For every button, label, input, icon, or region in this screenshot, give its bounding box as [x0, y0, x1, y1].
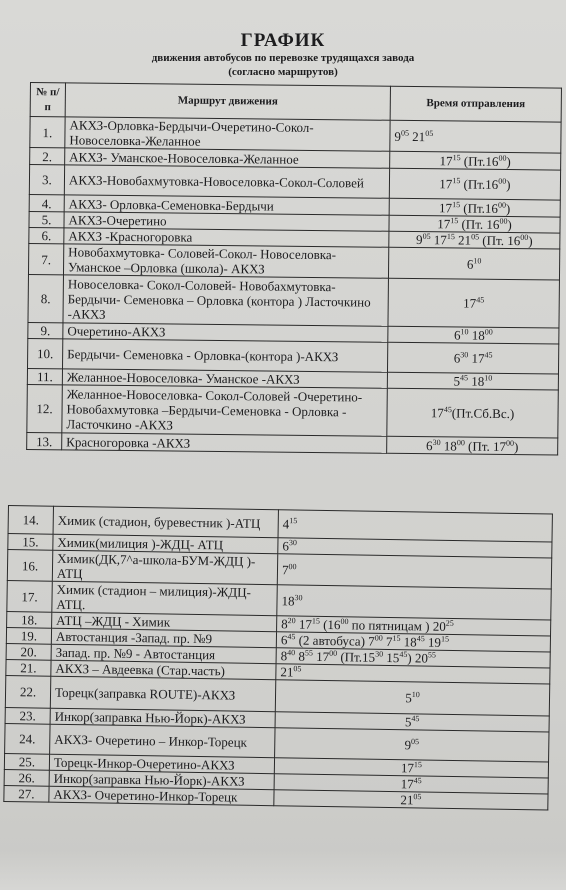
- route-cell: Химик (стадион – милиция)-ЖДЦ-АТЦ.: [52, 581, 277, 616]
- header-number: № п/п: [30, 83, 65, 117]
- table-row: 7.Новобахмутовка- Соловей-Сокол- Новосел…: [28, 243, 559, 280]
- row-number: 16.: [7, 550, 52, 582]
- schedule-table-lower: 14.Химик (стадион, буревестник )-АТЦ4151…: [3, 505, 553, 811]
- row-number: 21.: [6, 659, 51, 676]
- row-number: 8.: [28, 274, 64, 322]
- row-number: 20.: [6, 643, 51, 660]
- row-number: 24.: [5, 723, 50, 754]
- departure-time-cell: 1715 (Пт. 1600): [389, 215, 560, 233]
- schedule-table: № п/п Маршрут движения Время отправления…: [26, 82, 562, 456]
- route-cell: АКХЗ- Очеретино-Инкор-Торецк: [49, 786, 274, 806]
- paper-edge-shadow: [0, 850, 566, 890]
- departure-time-cell: 1715 (Пт.1600): [390, 151, 561, 170]
- route-cell: Торецк(заправка ROUTE)-АКХЗ: [50, 676, 275, 712]
- document-subtitle: движения автобусов по перевозке трудящах…: [0, 52, 566, 64]
- row-number: 12.: [27, 384, 63, 432]
- row-number: 19.: [6, 627, 51, 644]
- route-cell: АКХЗ-Орловка-Бердычи-Очеретино-Сокол-Нов…: [65, 117, 390, 151]
- table-row: 1.АКХЗ-Орловка-Бердычи-Очеретино-Сокол-Н…: [30, 117, 561, 154]
- row-number: 22.: [5, 675, 50, 708]
- departure-time-cell: 905 2105: [390, 120, 561, 153]
- row-number: 26.: [4, 769, 49, 786]
- row-number: 11.: [27, 368, 62, 384]
- row-number: 7.: [28, 243, 63, 274]
- departure-time-cell: 700: [277, 554, 551, 589]
- departure-time-cell: 905 1715 2105 (Пт. 1600): [389, 231, 560, 249]
- departure-time-cell: 1745(Пт.Сб.Вс.): [387, 388, 558, 438]
- row-number: 25.: [4, 753, 49, 770]
- departure-time-cell: 630 1800 (Пт. 1700): [387, 436, 558, 455]
- route-cell: Химик(ДК,7^a-школа-БУМ-ЖДЦ )-АТЦ: [52, 550, 277, 585]
- row-number: 4.: [29, 194, 64, 211]
- route-cell: Новобахмутовка- Соловей-Сокол- Новоселов…: [63, 244, 388, 278]
- row-number: 18.: [7, 611, 52, 628]
- departure-time-cell: 1830: [277, 585, 551, 620]
- row-number: 17.: [7, 580, 52, 612]
- row-number: 5.: [29, 211, 64, 227]
- route-cell: АКХЗ-Новобахмутовка-Новоселовка-Сокол-Со…: [64, 165, 389, 198]
- row-number: 27.: [4, 785, 49, 802]
- table-header-row: № п/п Маршрут движения Время отправления: [30, 83, 561, 123]
- table-row: 8.Новоселовка- Сокол-Соловей- Новобахмут…: [28, 274, 559, 328]
- row-number: 23.: [5, 707, 50, 724]
- row-number: 9.: [28, 322, 63, 338]
- header-time: Время отправления: [390, 86, 561, 122]
- row-number: 3.: [29, 165, 64, 195]
- route-cell: Новоселовка- Сокол-Соловей- Новобахмутов…: [63, 275, 388, 326]
- route-cell: Бердычи- Семеновка - Орловка-(контора )-…: [62, 339, 387, 372]
- route-cell: Химик (стадион, буревестник )-АТЦ: [53, 506, 278, 538]
- route-cell: Желанное-Новоселовка- Сокол-Соловей -Оче…: [62, 385, 387, 436]
- departure-time-cell: 905: [275, 728, 549, 762]
- row-number: 15.: [8, 534, 53, 551]
- departure-time-cell: 415: [278, 510, 552, 542]
- departure-time-cell: 610 1800: [388, 326, 559, 344]
- departure-time-cell: 545 1810: [387, 372, 558, 390]
- schedule-document: ГРАФИК движения автобусов по перевозке т…: [0, 0, 566, 890]
- document-title: ГРАФИК: [0, 30, 566, 52]
- header-route: Маршрут движения: [65, 83, 390, 120]
- row-number: 6.: [29, 227, 64, 243]
- document-subtitle-note: (согласно маршрутов): [0, 66, 566, 78]
- row-number: 13.: [27, 432, 62, 449]
- route-cell: АКХЗ- Очеретино – Инкор-Торецк: [50, 724, 275, 758]
- table-row: 12.Желанное-Новоселовка- Сокол-Соловей -…: [27, 384, 558, 438]
- route-cell: Красногоровка -АКХЗ: [62, 433, 387, 453]
- departure-time-cell: 1715 (Пт.1600): [389, 168, 560, 200]
- departure-time-cell: 2105: [274, 790, 548, 810]
- row-number: 10.: [27, 338, 62, 368]
- departure-time-cell: 1715 (Пт.1600): [389, 198, 560, 217]
- departure-time-cell: 510: [275, 680, 549, 716]
- row-number: 14.: [8, 506, 53, 535]
- row-number: 2.: [30, 148, 65, 165]
- departure-time-cell: 1745: [388, 278, 559, 328]
- departure-time-cell: 610: [388, 247, 559, 280]
- departure-time-cell: 630 1745: [387, 342, 558, 374]
- row-number: 1.: [30, 117, 65, 148]
